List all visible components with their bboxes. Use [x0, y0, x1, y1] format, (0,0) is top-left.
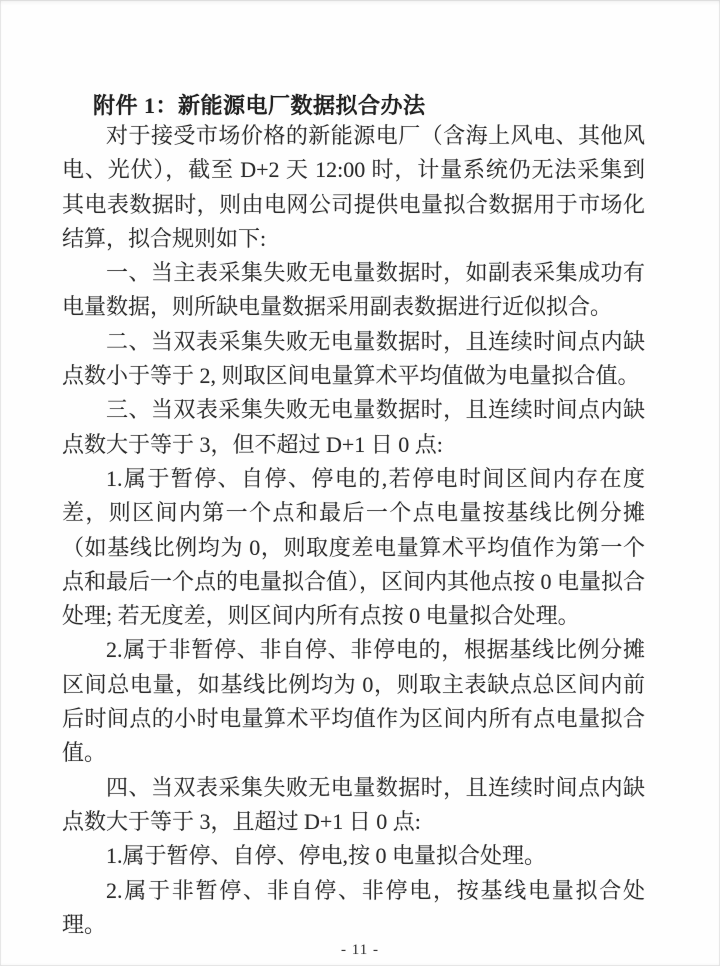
rule-4-sub-2-paragraph: 2.属于非暂停、非自停、非停电，按基线电量拟合处理。: [62, 874, 645, 943]
rule-1-paragraph: 一、当主表采集失败无电量数据时，如副表采集成功有电量数据，则所缺电量数据采用副表…: [62, 256, 645, 325]
document-page: 附件 1：新能源电厂数据拟合办法 对于接受市场价格的新能源电厂（含海上风电、其他…: [0, 0, 720, 966]
page-number: - 11 -: [0, 941, 720, 959]
rule-2-paragraph: 二、当双表采集失败无电量数据时，且连续时间点内缺点数小于等于 2, 则取区间电量…: [62, 325, 645, 394]
text-body: 附件 1：新能源电厂数据拟合办法 对于接受市场价格的新能源电厂（含海上风电、其他…: [62, 93, 645, 942]
rule-4-paragraph: 四、当双表采集失败无电量数据时，且连续时间点内缺点数大于等于 3，且超过 D+1…: [62, 771, 645, 840]
rule-3-sub-1-paragraph: 1.属于暂停、自停、停电的,若停电时间区间内存在度差，则区间内第一个点和最后一个…: [62, 462, 645, 633]
rule-3-paragraph: 三、当双表采集失败无电量数据时，且连续时间点内缺点数大于等于 3，但不超过 D+…: [62, 393, 645, 462]
rule-4-sub-1-paragraph: 1.属于暂停、自停、停电,按 0 电量拟合处理。: [62, 839, 645, 873]
intro-paragraph: 对于接受市场价格的新能源电厂（含海上风电、其他风电、光伏），截至 D+2 天 1…: [62, 119, 645, 256]
attachment-title: 附件 1：新能源电厂数据拟合办法: [93, 93, 645, 119]
rule-3-sub-2-paragraph: 2.属于非暂停、非自停、非停电的，根据基线比例分摊区间总电量，如基线比例均为 0…: [62, 633, 645, 770]
